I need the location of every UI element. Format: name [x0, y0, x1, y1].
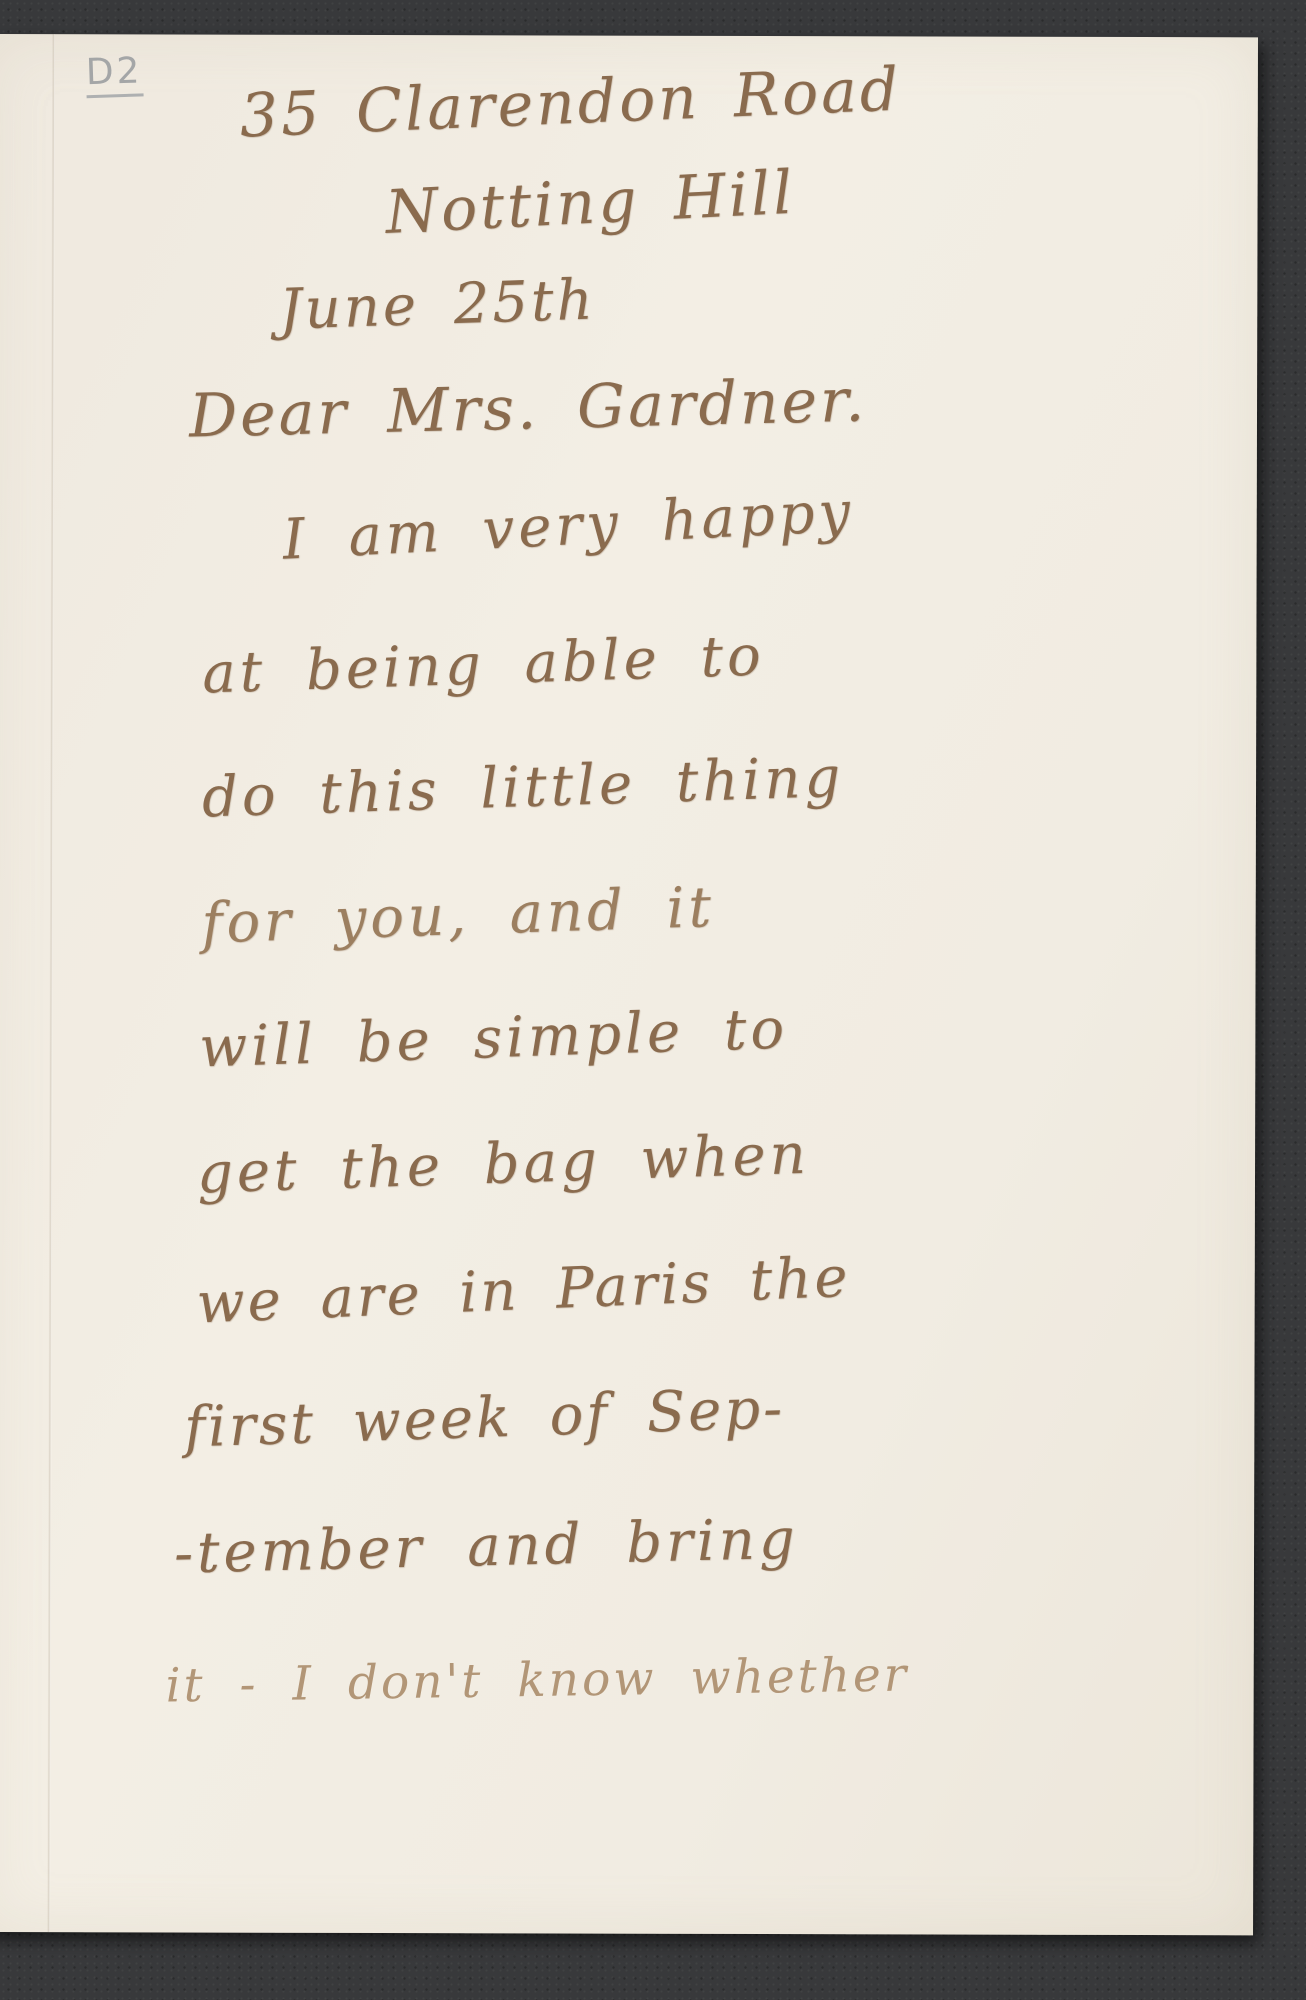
letter-line: get the bag when — [196, 1127, 810, 1203]
letter-line: do this little thing — [201, 750, 845, 827]
letter-page: D2 35 Clarendon Road Notting Hill June 2… — [0, 34, 1258, 1935]
address-line-2: Notting Hill — [384, 163, 797, 243]
letter-line: first week of Sep- — [183, 1381, 785, 1456]
letter-line: we are in Paris the — [196, 1250, 852, 1333]
photo-background: D2 35 Clarendon Road Notting Hill June 2… — [0, 0, 1306, 2000]
archival-pencil-mark: D2 — [85, 51, 143, 97]
letter-line: for you, and it — [201, 880, 716, 953]
letter-line: at being able to — [201, 628, 765, 702]
date-line: June 25th — [278, 273, 596, 339]
salutation-line: Dear Mrs. Gardner. — [188, 371, 868, 447]
ink-smudge — [0, 924, 2, 944]
fold-crease — [47, 34, 55, 1932]
letter-line: I am very happy — [281, 484, 855, 568]
letter-line: it - I don't know whether — [165, 1651, 909, 1709]
address-line-1: 35 Clarendon Road — [239, 60, 903, 147]
letter-line: -tember and bring — [173, 1512, 799, 1583]
letter-line: will be simple to — [198, 1002, 788, 1077]
